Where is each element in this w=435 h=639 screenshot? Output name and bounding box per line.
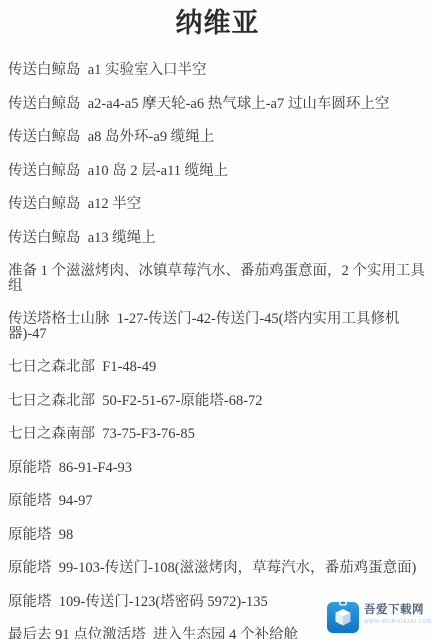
guide-line-13: 原能塔 94-97 xyxy=(8,494,427,509)
watermark-site-name: 吾爱下载网 xyxy=(364,604,432,617)
guide-line-3: 传送白鲸岛 a8 岛外环-a9 缆绳上 xyxy=(8,130,427,145)
guide-lines: 传送白鲸岛 a1 实验室入口半空 传送白鲸岛 a2-a4-a5 摩天轮-a6 热… xyxy=(0,63,435,639)
guide-line-9: 七日之森北部 F1-48-49 xyxy=(8,360,427,375)
guide-line-8: 传送塔格士山脉 1-27-传送门-42-传送门-45(塔内实用工具修机器)-47 xyxy=(8,312,427,341)
guide-line-11: 七日之森南部 73-75-F3-76-85 xyxy=(8,427,427,442)
guide-line-14: 原能塔 98 xyxy=(8,528,427,543)
watermark-site-url: www.wuaixiazai.com xyxy=(364,619,432,625)
guide-line-4: 传送白鲸岛 a10 岛 2 层-a11 缆绳上 xyxy=(8,164,427,179)
download-box-icon xyxy=(327,600,359,633)
guide-line-12: 原能塔 86-91-F4-93 xyxy=(8,461,427,476)
document-page: 纳维亚 传送白鲸岛 a1 实验室入口半空 传送白鲸岛 a2-a4-a5 摩天轮-… xyxy=(0,0,435,639)
guide-line-2: 传送白鲸岛 a2-a4-a5 摩天轮-a6 热气球上-a7 过山车圆环上空 xyxy=(8,97,427,112)
page-title: 纳维亚 xyxy=(0,6,435,41)
guide-line-10: 七日之森北部 50-F2-51-67-原能塔-68-72 xyxy=(8,394,427,409)
guide-line-1: 传送白鲸岛 a1 实验室入口半空 xyxy=(8,63,427,78)
watermark: 吾爱下载网 www.wuaixiazai.com xyxy=(327,600,432,633)
guide-line-15: 原能塔 99-103-传送门-108(滋滋烤肉，草莓汽水，番茄鸡蛋意面) xyxy=(8,561,427,576)
guide-line-7: 准备 1 个滋滋烤肉、冰镇草莓汽水、番茄鸡蛋意面，2 个实用工具组 xyxy=(8,264,427,293)
guide-line-5: 传送白鲸岛 a12 半空 xyxy=(8,197,427,212)
guide-line-6: 传送白鲸岛 a13 缆绳上 xyxy=(8,231,427,246)
watermark-text: 吾爱下载网 www.wuaixiazai.com xyxy=(364,600,432,625)
